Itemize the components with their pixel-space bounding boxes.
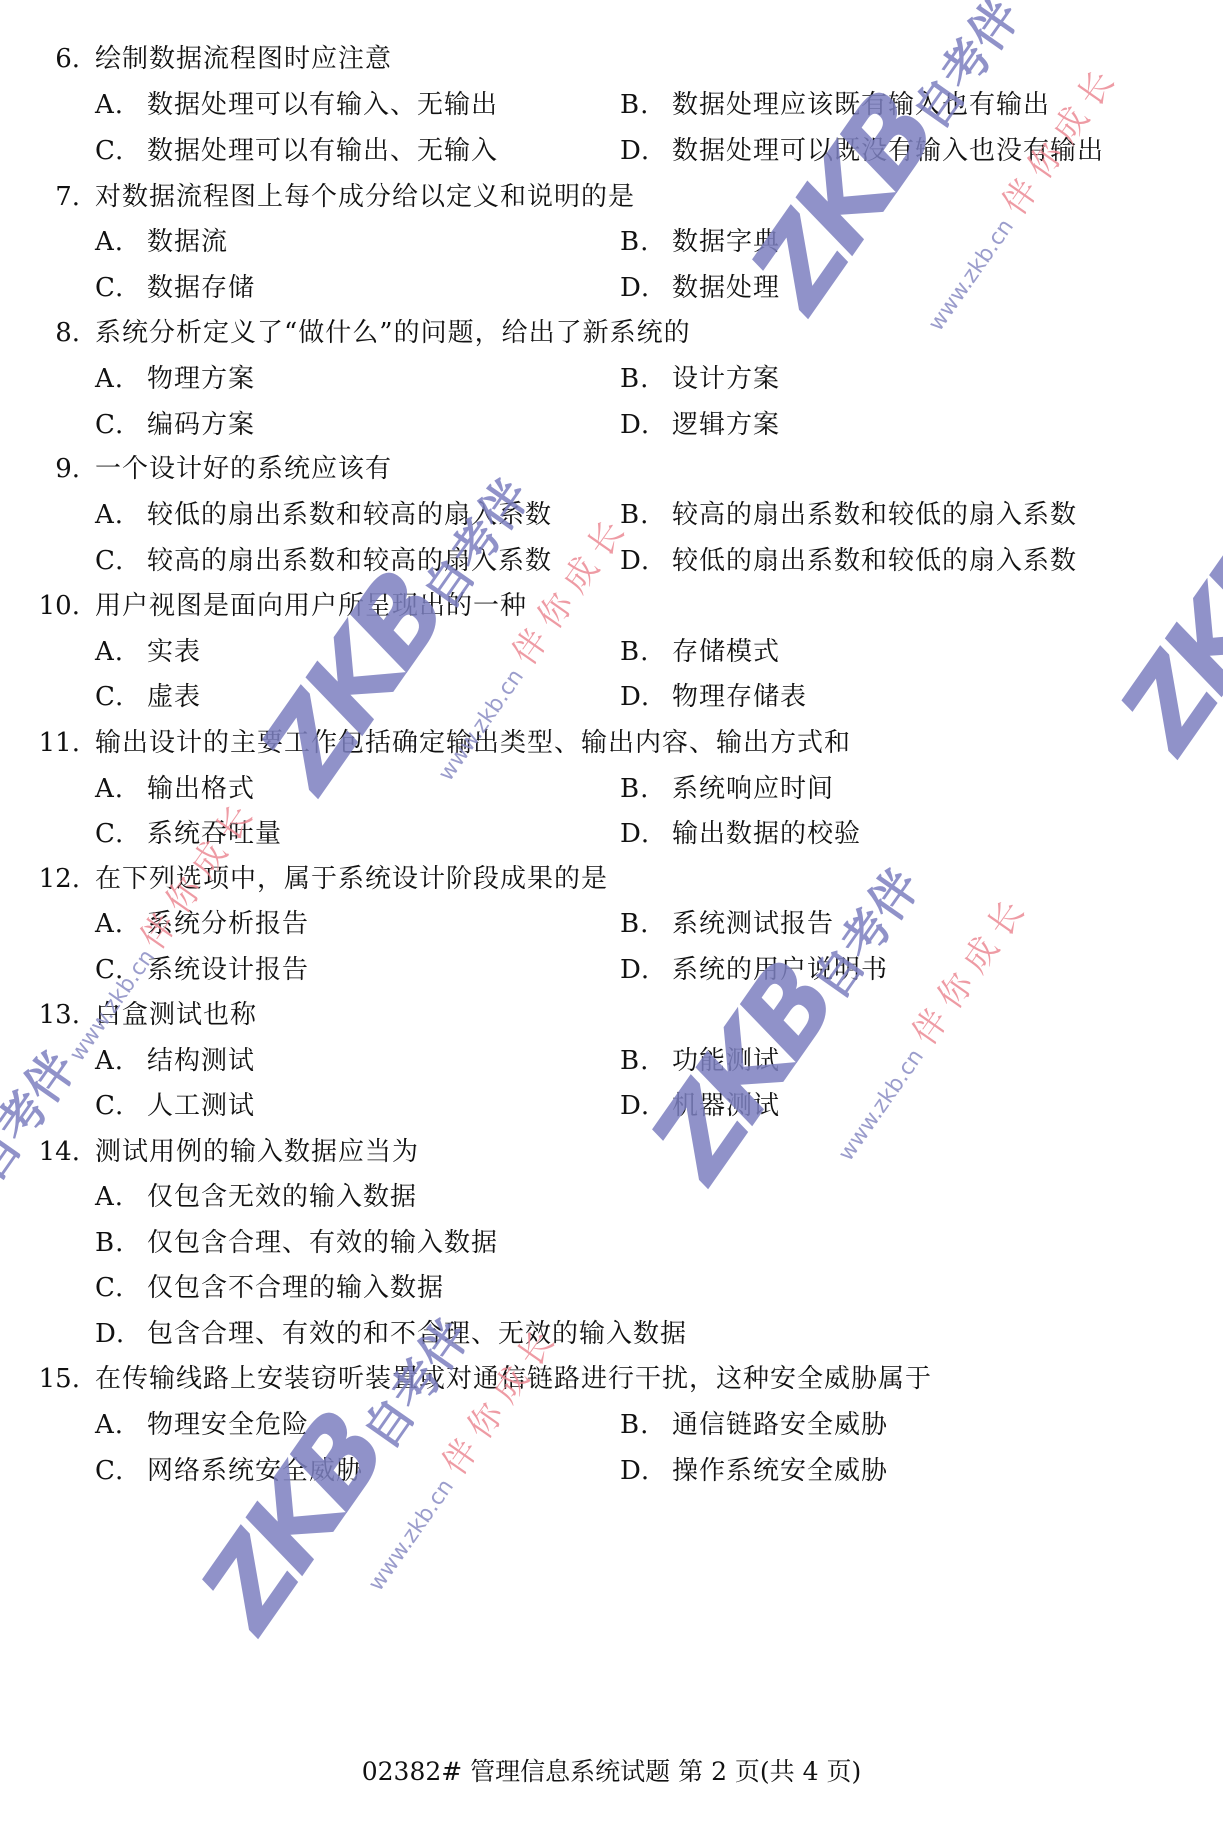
question-number: 10. [0,581,80,631]
question-text: 一个设计好的系统应该有 [95,444,392,494]
option-c: C.虚表 [95,672,201,722]
question-11: 11. 输出设计的主要工作包括确定输出类型、输出内容、输出方式和 [0,718,1223,768]
exam-page: 6. 绘制数据流程图时应注意 A.数据处理可以有输入、无输出 B.数据处理应该既… [0,0,1223,1827]
question-text: 输出设计的主要工作包括确定输出类型、输出内容、输出方式和 [95,718,851,768]
option-c: C.数据存储 [95,263,255,313]
option-d: D.操作系统安全威胁 [620,1446,888,1496]
question-14: 14. 测试用例的输入数据应当为 [0,1127,1223,1177]
option-d: D.数据处理 [620,263,780,313]
question-12: 12. 在下列选项中，属于系统设计阶段成果的是 [0,854,1223,904]
option-b: B.系统响应时间 [620,764,834,814]
question-15: 15. 在传输线路上安装窃听装置或对通信链路进行干扰，这种安全威胁属于 [0,1354,1223,1404]
question-7: 7. 对数据流程图上每个成分给以定义和说明的是 [0,172,1223,222]
question-number: 8. [0,308,80,358]
question-number: 6. [0,34,80,84]
question-13: 13. 白盒测试也称 [0,990,1223,1040]
question-10: 10. 用户视图是面向用户所呈现出的一种 [0,581,1223,631]
option-c: C.较高的扇出系数和较高的扇入系数 [95,536,552,586]
question-text: 在下列选项中，属于系统设计阶段成果的是 [95,854,608,904]
option-b: B.较高的扇出系数和较低的扇入系数 [620,490,1077,540]
option-b: B.通信链路安全威胁 [620,1400,888,1450]
question-8: 8. 系统分析定义了“做什么”的问题，给出了新系统的 [0,308,1223,358]
option-c: C.编码方案 [95,400,255,450]
question-text: 白盒测试也称 [95,990,257,1040]
question-number: 9. [0,444,80,494]
option-c: C.系统吞吐量 [95,809,282,859]
option-d: D.包含合理、有效的和不合理、无效的输入数据 [95,1309,687,1359]
option-a: A.物理安全危险 [95,1400,309,1450]
question-text: 绘制数据流程图时应注意 [95,34,392,84]
question-number: 14. [0,1127,80,1177]
option-c: C.仅包含不合理的输入数据 [95,1263,444,1313]
option-b: B.存储模式 [620,627,780,677]
option-b: B.功能测试 [620,1036,780,1086]
option-c: C.人工测试 [95,1081,255,1131]
question-number: 12. [0,854,80,904]
option-a: A.较低的扇出系数和较高的扇入系数 [95,490,552,540]
option-a: A.实表 [95,627,201,677]
question-number: 13. [0,990,80,1040]
option-a: A.数据流 [95,217,228,267]
question-number: 11. [0,718,80,768]
option-d: D.系统的用户说明书 [620,945,888,995]
question-text: 在传输线路上安装窃听装置或对通信链路进行干扰，这种安全威胁属于 [95,1354,932,1404]
option-b: B.数据处理应该既有输入也有输出 [620,80,1050,130]
option-d: D.输出数据的校验 [620,809,861,859]
option-a: A.结构测试 [95,1036,255,1086]
option-d: D.机器测试 [620,1081,780,1131]
question-number: 15. [0,1354,80,1404]
option-d: D.数据处理可以既没有输入也没有输出 [620,126,1104,176]
option-d: D.物理存储表 [620,672,807,722]
option-d: D.较低的扇出系数和较低的扇入系数 [620,536,1077,586]
option-a: A.仅包含无效的输入数据 [95,1172,417,1222]
option-d: D.逻辑方案 [620,400,780,450]
question-text: 系统分析定义了“做什么”的问题，给出了新系统的 [95,308,691,358]
option-b: B.仅包含合理、有效的输入数据 [95,1218,498,1268]
question-text: 对数据流程图上每个成分给以定义和说明的是 [95,172,635,222]
question-9: 9. 一个设计好的系统应该有 [0,444,1223,494]
option-c: C.数据处理可以有输出、无输入 [95,126,498,176]
option-b: B.设计方案 [620,354,780,404]
option-b: B.数据字典 [620,217,780,267]
option-a: A.系统分析报告 [95,899,309,949]
option-c: C.网络系统安全威胁 [95,1446,363,1496]
question-text: 用户视图是面向用户所呈现出的一种 [95,581,527,631]
option-c: C.系统设计报告 [95,945,309,995]
page-footer: 02382# 管理信息系统试题 第 2 页(共 4 页) [0,1752,1223,1792]
question-6: 6. 绘制数据流程图时应注意 [0,34,1223,84]
option-b: B.系统测试报告 [620,899,834,949]
question-text: 测试用例的输入数据应当为 [95,1127,419,1177]
option-a: A.数据处理可以有输入、无输出 [95,80,498,130]
question-number: 7. [0,172,80,222]
option-a: A.物理方案 [95,354,255,404]
option-a: A.输出格式 [95,764,255,814]
